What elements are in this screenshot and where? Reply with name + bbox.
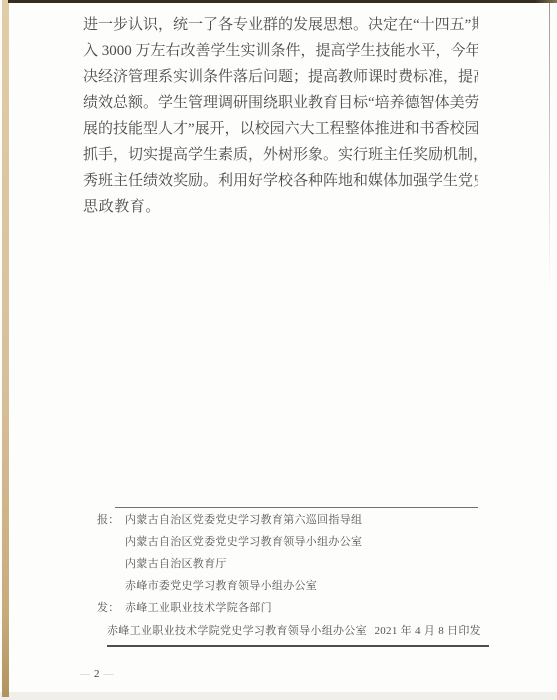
page-number-value: 2 bbox=[94, 668, 100, 680]
document-body-paragraph: 进一步认识，统一了各专业群的发展思想。决定在“十四五”期间投 入 3000 万左… bbox=[83, 12, 478, 220]
print-date: 2021 年 4 月 8 日印发 bbox=[374, 624, 481, 639]
body-line: 思政教育。 bbox=[83, 194, 478, 220]
report-to-item: 赤峰市委党史学习教育领导小组办公室 bbox=[125, 580, 317, 592]
body-line: 决经济管理系实训条件落后问题；提高教师课时费标准，提高教职工 bbox=[83, 64, 478, 90]
body-line: 展的技能型人才”展开，以校园六大工程整体推进和书香校园工程为 bbox=[83, 116, 478, 142]
scan-top-border bbox=[8, 0, 557, 3]
report-to-label: 报： bbox=[97, 513, 125, 528]
scan-binding-edge bbox=[2, 0, 9, 697]
report-to-row: 赤峰市委党史学习教育领导小组办公室 bbox=[125, 579, 317, 594]
issuer-office: 赤峰工业职业技术学院党史学习教育领导小组办公室 bbox=[107, 624, 367, 639]
page-number-dash-right: — bbox=[104, 669, 114, 680]
cc-block-top-rule bbox=[115, 507, 478, 508]
report-to-item: 内蒙古自治区党委党史学习教育领导小组办公室 bbox=[125, 536, 362, 548]
distribute-to-item: 赤峰工业职业技术学院各部门 bbox=[125, 602, 272, 614]
distribute-to-row: 发：赤峰工业职业技术学院各部门 bbox=[97, 601, 272, 616]
body-line: 秀班主任绩效奖励。利用好学校各种阵地和媒体加强学生党史教育和 bbox=[83, 168, 478, 194]
scan-bottom-shadow bbox=[0, 692, 557, 700]
report-to-row: 报：内蒙古自治区党委党史学习教育第六巡回指导组 bbox=[97, 513, 362, 528]
report-to-row: 内蒙古自治区党委党史学习教育领导小组办公室 bbox=[125, 535, 362, 550]
report-to-item: 内蒙古自治区党委党史学习教育第六巡回指导组 bbox=[125, 514, 362, 526]
scanned-document-page: 进一步认识，统一了各专业群的发展思想。决定在“十四五”期间投 入 3000 万左… bbox=[0, 0, 557, 700]
body-line: 进一步认识，统一了各专业群的发展思想。决定在“十四五”期间投 bbox=[83, 12, 478, 38]
report-to-row: 内蒙古自治区教育厅 bbox=[125, 557, 227, 572]
body-line: 绩效总额。学生管理调研围绕职业教育目标“培养德智体美劳全面发 bbox=[83, 90, 478, 116]
report-to-item: 内蒙古自治区教育厅 bbox=[125, 558, 227, 570]
page-number-dash-left: — bbox=[80, 669, 90, 680]
distribute-to-label: 发： bbox=[97, 601, 125, 616]
body-line: 抓手，切实提高学生素质，外树形象。实行班主任奖励机制，实行优 bbox=[83, 142, 478, 168]
scan-right-border bbox=[549, 3, 550, 293]
body-line: 入 3000 万左右改善学生实训条件，提高学生技能水平，今年优先解 bbox=[83, 38, 478, 64]
issuer-row: 赤峰工业职业技术学院党史学习教育领导小组办公室 2021 年 4 月 8 日印发 bbox=[107, 624, 481, 639]
cc-block-bottom-rule bbox=[107, 645, 489, 647]
page-number: —2— bbox=[80, 667, 114, 682]
